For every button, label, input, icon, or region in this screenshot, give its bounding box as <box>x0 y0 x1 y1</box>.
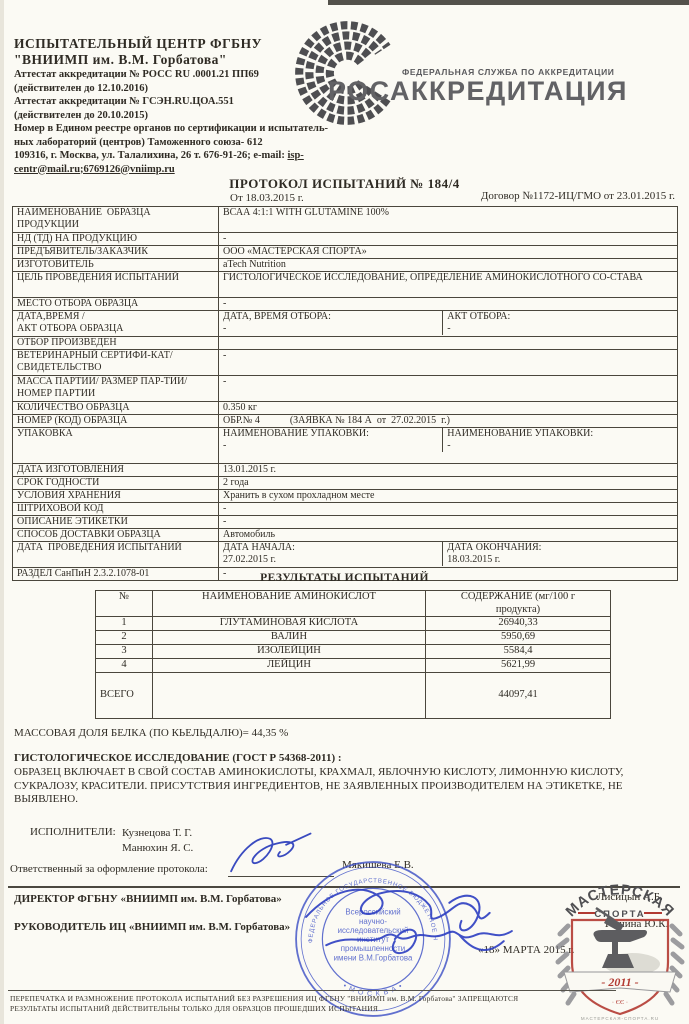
amino-acid-value: 5621,99 <box>426 659 611 673</box>
sub-cell: НАИМЕНОВАНИЕ УПАКОВКИ:- <box>443 428 677 452</box>
executors-label: ИСПОЛНИТЕЛИ: <box>30 826 116 838</box>
row-num: 2 <box>96 631 153 645</box>
row-label: УПАКОВКА <box>13 428 219 464</box>
results-total-row: ВСЕГО44097,41 <box>96 673 611 719</box>
row-label: ИЗГОТОВИТЕЛЬ <box>13 259 219 272</box>
sub-value: - <box>447 323 673 335</box>
email-link-part1[interactable]: isp- <box>287 150 303 161</box>
email-line: centr@mail.ru;6769126@vniimp.ru <box>14 163 344 177</box>
table-row: НОМЕР (КОД) ОБРАЗЦАОБР.№ 4 (ЗАЯВКА № 184… <box>13 415 678 428</box>
row-value: - <box>219 298 678 311</box>
email-link-part2[interactable]: centr@mail.ru;6769126@vniimp.ru <box>14 164 175 175</box>
row-value: - <box>219 376 678 402</box>
table-row: НД (ТД) НА ПРОДУКЦИЮ- <box>13 233 678 246</box>
col-num-header: № <box>96 591 153 617</box>
amino-acid-name: ВАЛИН <box>153 631 426 645</box>
row-value: - <box>219 516 678 529</box>
rosaccreditation-logo: ФЕДЕРАЛЬНАЯ СЛУЖБА ПО АККРЕДИТАЦИИ РОСАК… <box>286 10 686 140</box>
row-value: ДАТА НАЧАЛА:27.02.2015 г. ДАТА ОКОНЧАНИЯ… <box>219 542 678 568</box>
table-row: ДАТА ИЗГОТОВЛЕНИЯ13.01.2015 г. <box>13 464 678 477</box>
sub-label: ДАТА ОКОНЧАНИЯ: <box>447 542 673 554</box>
row-value: - <box>219 350 678 376</box>
results-header-row: № НАИМЕНОВАНИЕ АМИНОКИСЛОТ СОДЕРЖАНИЕ (м… <box>96 591 611 617</box>
col-content-line2: продукта) <box>430 604 606 617</box>
row-value: 13.01.2015 г. <box>219 464 678 477</box>
address-line: 109316, г. Москва, ул. Талалихина, 26 т.… <box>14 149 344 163</box>
amino-acid-value: 5584,4 <box>426 645 611 659</box>
table-row: ДАТА ПРОВЕДЕНИЯ ИСПЫТАНИЙ ДАТА НАЧАЛА:27… <box>13 542 678 568</box>
row-label: ДАТА,ВРЕМЯ / АКТ ОТБОРА ОБРАЗЦА <box>13 311 219 337</box>
histology-text: ОБРАЗЕЦ ВКЛЮЧАЕТ В СВОЙ СОСТАВ АМИНОКИСЛ… <box>14 766 678 807</box>
amino-acid-value: 26940,33 <box>426 617 611 631</box>
results-row: 3ИЗОЛЕЙЦИН5584,4 <box>96 645 611 659</box>
rosaccreditation-mosaic-icon <box>286 12 408 134</box>
footer-line1: ПЕРЕПЕЧАТКА И РАЗМНОЖЕНИЕ ПРОТОКОЛА ИСПЫ… <box>10 994 630 1004</box>
row-value: - <box>219 503 678 516</box>
sub-value: 27.02.2015 г. <box>223 554 438 566</box>
row-value: ВСАА 4:1:1 WITH GLUTAMINE 100% <box>219 207 678 233</box>
row-value: ДАТА, ВРЕМЯ ОТБОРА:- АКТ ОТБОРА:- <box>219 311 678 337</box>
total-label: ВСЕГО <box>96 673 153 719</box>
executor-name: Кузнецова Т. Г. <box>122 826 193 841</box>
sub-value: - <box>223 440 438 452</box>
rosaccreditation-wordmark: РОСАККРЕДИТАЦИЯ <box>328 76 628 107</box>
amino-acid-value: 5950,69 <box>426 631 611 645</box>
row-value: Хранить в сухом прохладном месте <box>219 490 678 503</box>
row-label: ОТБОР ПРОИЗВЕДЕН <box>13 337 219 350</box>
table-row: ВЕТЕРИНАРНЫЙ СЕРТИФИ-КАТ/СВИДЕТЕЛЬСТВО- <box>13 350 678 376</box>
footer-line2: РЕЗУЛЬТАТЫ ИСПЫТАНИЙ ДЕЙСТВИТЕЛЬНЫ ТОЛЬК… <box>10 1004 630 1014</box>
empty-cell <box>153 673 426 719</box>
protein-content-line: МАССОВАЯ ДОЛЯ БЕЛКА (ПО КЬЕЛЬДАЛЮ)= 44,3… <box>14 727 288 739</box>
table-row: ОПИСАНИЕ ЭТИКЕТКИ- <box>13 516 678 529</box>
row-value: - <box>219 233 678 246</box>
row-value: 0.350 кг <box>219 402 678 415</box>
contract-reference: Договор №1172-ИЦ/ГМО от 23.01.2015 г. <box>481 190 675 202</box>
emblem-site-text: МАСТЕРСКАЯ-СПОРТА.RU <box>581 1016 659 1021</box>
table-row: МАССА ПАРТИИ/ РАЗМЕР ПАР-ТИИ/НОМЕР ПАРТИ… <box>13 376 678 402</box>
table-row: ОТБОР ПРОИЗВЕДЕН <box>13 337 678 350</box>
table-row: КОЛИЧЕСТВО ОБРАЗЦА0.350 кг <box>13 402 678 415</box>
row-value: ООО «МАСТЕРСКАЯ СПОРТА» <box>219 246 678 259</box>
sub-value: - <box>447 440 673 452</box>
row-label: ЦЕЛЬ ПРОВЕДЕНИЯ ИСПЫТАНИЙ <box>13 272 219 298</box>
sub-label: НАИМЕНОВАНИЕ УПАКОВКИ: <box>223 428 438 440</box>
table-row: МЕСТО ОТБОРА ОБРАЗЦА- <box>13 298 678 311</box>
table-row: СРОК ГОДНОСТИ2 года <box>13 477 678 490</box>
row-label: МАССА ПАРТИИ/ РАЗМЕР ПАР-ТИИ/НОМЕР ПАРТИ… <box>13 376 219 402</box>
table-row: НАИМЕНОВАНИЕ ОБРАЗЦА ПРОДУКЦИИВСАА 4:1:1… <box>13 207 678 233</box>
results-section-title: РЕЗУЛЬТАТЫ ИСПЫТАНИЙ <box>0 572 689 584</box>
director-label: ДИРЕКТОР ФГБНУ «ВНИИМП им. В.М. Горбатов… <box>14 893 282 905</box>
row-label: КОЛИЧЕСТВО ОБРАЗЦА <box>13 402 219 415</box>
row-label: ДАТА ПРОВЕДЕНИЯ ИСПЫТАНИЙ <box>13 542 219 568</box>
scanned-protocol-document: ИСПЫТАТЕЛЬНЫЙ ЦЕНТР ФГБНУ "ВНИИМП им. В.… <box>0 0 689 1024</box>
row-label: МЕСТО ОТБОРА ОБРАЗЦА <box>13 298 219 311</box>
sample-info-table: НАИМЕНОВАНИЕ ОБРАЗЦА ПРОДУКЦИИВСАА 4:1:1… <box>12 206 678 581</box>
row-num: 4 <box>96 659 153 673</box>
sub-cell: ДАТА, ВРЕМЯ ОТБОРА:- <box>219 311 443 335</box>
table-row: УПАКОВКА НАИМЕНОВАНИЕ УПАКОВКИ:- НАИМЕНО… <box>13 428 678 464</box>
lab-head-label: РУКОВОДИТЕЛЬ ИЦ «ВНИИМП им. В.М. Горбато… <box>14 921 290 933</box>
total-value: 44097,41 <box>426 673 611 719</box>
row-value: НАИМЕНОВАНИЕ УПАКОВКИ:- НАИМЕНОВАНИЕ УПА… <box>219 428 678 464</box>
protocol-date: От 18.03.2015 г. <box>230 192 304 204</box>
sub-value: - <box>223 323 438 335</box>
row-value: ОБР.№ 4 (ЗАЯВКА № 184 А от 27.02.2015 г.… <box>219 415 678 428</box>
row-value: aTech Nutrition <box>219 259 678 272</box>
row-num: 3 <box>96 645 153 659</box>
sub-value: 18.03.2015 г. <box>447 554 673 566</box>
row-value: ГИСТОЛОГИЧЕСКОЕ ИССЛЕДОВАНИЕ, ОПРЕДЕЛЕНИ… <box>219 272 678 298</box>
footer-divider <box>8 990 616 991</box>
col-content-header: СОДЕРЖАНИЕ (мг/100 гпродукта) <box>426 591 611 617</box>
table-row: ЦЕЛЬ ПРОВЕДЕНИЯ ИСПЫТАНИЙГИСТОЛОГИЧЕСКОЕ… <box>13 272 678 298</box>
row-value: 2 года <box>219 477 678 490</box>
table-row: ПРЕДЪЯВИТЕЛЬ/ЗАКАЗЧИКООО «МАСТЕРСКАЯ СПО… <box>13 246 678 259</box>
row-label: ВЕТЕРИНАРНЫЙ СЕРТИФИ-КАТ/СВИДЕТЕЛЬСТВО <box>13 350 219 376</box>
row-label: НОМЕР (КОД) ОБРАЗЦА <box>13 415 219 428</box>
sub-label: ДАТА, ВРЕМЯ ОТБОРА: <box>223 311 438 323</box>
sub-label: ДАТА НАЧАЛА: <box>223 542 438 554</box>
sub-cell: АКТ ОТБОРА:- <box>443 311 677 335</box>
results-row: 4ЛЕЙЦИН5621,99 <box>96 659 611 673</box>
row-label: ОПИСАНИЕ ЭТИКЕТКИ <box>13 516 219 529</box>
table-row: ШТРИХОВОЙ КОД- <box>13 503 678 516</box>
row-label: НАИМЕНОВАНИЕ ОБРАЗЦА ПРОДУКЦИИ <box>13 207 219 233</box>
sub-label: НАИМЕНОВАНИЕ УПАКОВКИ: <box>447 428 673 440</box>
row-num: 1 <box>96 617 153 631</box>
amino-acid-name: ИЗОЛЕЙЦИН <box>153 645 426 659</box>
row-label: ДАТА ИЗГОТОВЛЕНИЯ <box>13 464 219 477</box>
results-row: 1ГЛУТАМИНОВАЯ КИСЛОТА26940,33 <box>96 617 611 631</box>
sub-cell: ДАТА ОКОНЧАНИЯ:18.03.2015 г. <box>443 542 677 566</box>
sub-label: АКТ ОТБОРА: <box>447 311 673 323</box>
col-content-line1: СОДЕРЖАНИЕ (мг/100 г <box>430 591 606 604</box>
sub-cell: НАИМЕНОВАНИЕ УПАКОВКИ:- <box>219 428 443 452</box>
table-row: СПОСОБ ДОСТАВКИ ОБРАЗЦААвтомобиль <box>13 529 678 542</box>
executor-name: Манюхин Я. С. <box>122 841 193 856</box>
sub-cell: ДАТА НАЧАЛА:27.02.2015 г. <box>219 542 443 566</box>
scan-edge-left <box>0 0 4 1024</box>
row-label: НД (ТД) НА ПРОДУКЦИЮ <box>13 233 219 246</box>
responsible-label: Ответственный за оформление протокола: <box>10 863 208 875</box>
row-value <box>219 337 678 350</box>
amino-acid-name: ГЛУТАМИНОВАЯ КИСЛОТА <box>153 617 426 631</box>
histology-title: ГИСТОЛОГИЧЕСКОЕ ИССЛЕДОВАНИЕ (ГОСТ Р 543… <box>14 752 342 764</box>
scan-edge-top <box>328 0 689 5</box>
row-label: ПРЕДЪЯВИТЕЛЬ/ЗАКАЗЧИК <box>13 246 219 259</box>
executors-names: Кузнецова Т. Г. Манюхин Я. С. <box>122 826 193 856</box>
row-label: ШТРИХОВОЙ КОД <box>13 503 219 516</box>
row-label: СПОСОБ ДОСТАВКИ ОБРАЗЦА <box>13 529 219 542</box>
address-text: 109316, г. Москва, ул. Талалихина, 26 т.… <box>14 150 287 161</box>
col-name-header: НАИМЕНОВАНИЕ АМИНОКИСЛОТ <box>153 591 426 617</box>
table-row: ИЗГОТОВИТЕЛЬaTech Nutrition <box>13 259 678 272</box>
row-value: Автомобиль <box>219 529 678 542</box>
director-and-head-signatures <box>298 882 530 969</box>
row-label: СРОК ГОДНОСТИ <box>13 477 219 490</box>
amino-acid-name: ЛЕЙЦИН <box>153 659 426 673</box>
emblem-year: - 2011 - <box>601 975 638 989</box>
table-row: ДАТА,ВРЕМЯ / АКТ ОТБОРА ОБРАЗЦА ДАТА, ВР… <box>13 311 678 337</box>
results-row: 2ВАЛИН5950,69 <box>96 631 611 645</box>
footer-fine-print: ПЕРЕПЕЧАТКА И РАЗМНОЖЕНИЕ ПРОТОКОЛА ИСПЫ… <box>10 994 630 1013</box>
row-label: УСЛОВИЯ ХРАНЕНИЯ <box>13 490 219 503</box>
results-table: № НАИМЕНОВАНИЕ АМИНОКИСЛОТ СОДЕРЖАНИЕ (м… <box>95 590 611 719</box>
table-row: УСЛОВИЯ ХРАНЕНИЯХранить в сухом прохладн… <box>13 490 678 503</box>
